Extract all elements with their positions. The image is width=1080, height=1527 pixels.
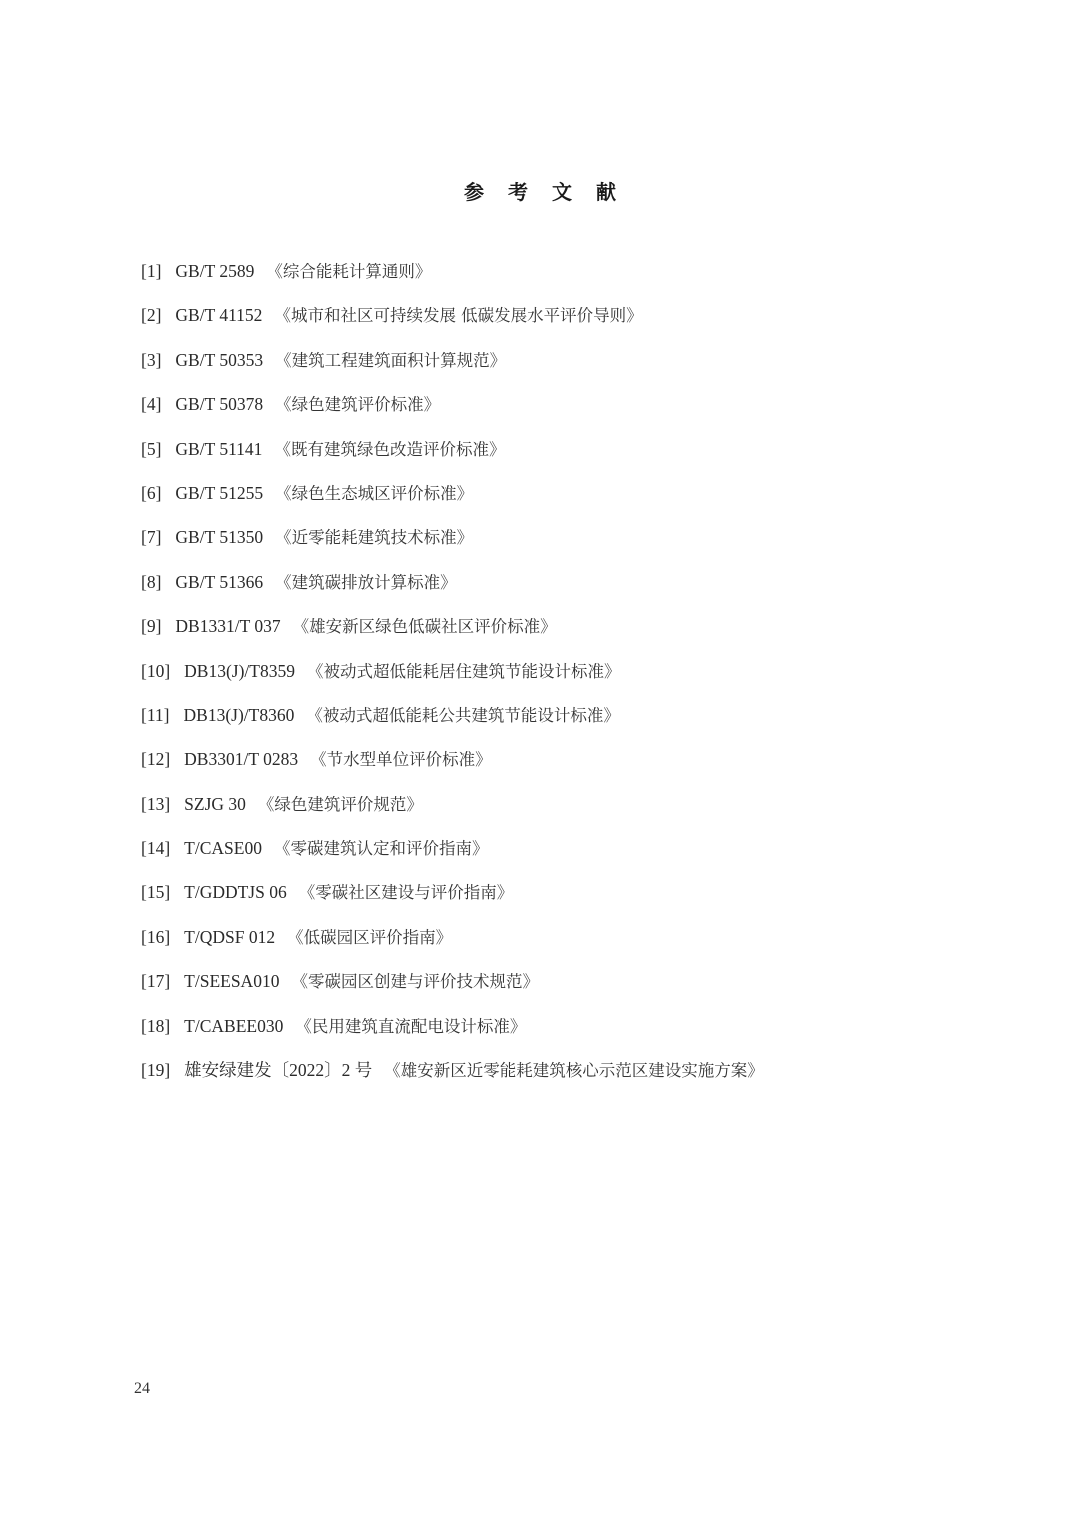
- reference-number: [12]: [141, 744, 170, 774]
- reference-title: 《绿色建筑评价标准》: [275, 390, 440, 420]
- reference-list: [1]GB/T 2589《综合能耗计算通则》 [2]GB/T 41152《城市和…: [141, 256, 764, 1099]
- reference-code: GB/T 51255: [175, 478, 263, 508]
- reference-title: 《被动式超低能耗公共建筑节能设计标准》: [306, 701, 620, 731]
- reference-item: [15]T/GDDTJS 06《零碳社区建设与评价指南》: [141, 877, 764, 921]
- reference-code: T/CABEE030: [184, 1011, 283, 1041]
- reference-title: 《零碳园区创建与评价技术规范》: [291, 967, 539, 997]
- reference-title: 《建筑碳排放计算标准》: [275, 568, 457, 598]
- reference-number: [2]: [141, 300, 161, 330]
- reference-title: 《城市和社区可持续发展 低碳发展水平评价导则》: [274, 301, 642, 331]
- reference-code: SZJG 30: [184, 789, 246, 819]
- reference-code: T/QDSF 012: [184, 922, 275, 952]
- reference-code: GB/T 50378: [175, 389, 263, 419]
- reference-code: T/CASE00: [184, 833, 262, 863]
- reference-title: 《绿色生态城区评价标准》: [275, 479, 473, 509]
- reference-number: [5]: [141, 434, 161, 464]
- reference-item: [8]GB/T 51366《建筑碳排放计算标准》: [141, 567, 764, 611]
- reference-item: [13]SZJG 30《绿色建筑评价规范》: [141, 789, 764, 833]
- reference-code: T/SEESA010: [184, 966, 279, 996]
- reference-code: DB13(J)/T8360: [184, 700, 295, 730]
- reference-number: [17]: [141, 966, 170, 996]
- reference-item: [11]DB13(J)/T8360《被动式超低能耗公共建筑节能设计标准》: [141, 700, 764, 744]
- reference-number: [9]: [141, 611, 161, 641]
- reference-item: [6]GB/T 51255《绿色生态城区评价标准》: [141, 478, 764, 522]
- reference-number: [3]: [141, 345, 161, 375]
- reference-item: [5]GB/T 51141《既有建筑绿色改造评价标准》: [141, 434, 764, 478]
- reference-title: 《雄安新区绿色低碳社区评价标准》: [293, 612, 557, 642]
- reference-title: 《零碳社区建设与评价指南》: [299, 878, 514, 908]
- title-char: 文: [552, 176, 572, 205]
- reference-item: [16]T/QDSF 012《低碳园区评价指南》: [141, 922, 764, 966]
- reference-title: 《被动式超低能耗居住建筑节能设计标准》: [307, 657, 621, 687]
- reference-number: [15]: [141, 877, 170, 907]
- page-number: 24: [134, 1380, 150, 1398]
- title-char: 参: [464, 176, 484, 205]
- reference-number: [10]: [141, 656, 170, 686]
- reference-item: [17]T/SEESA010《零碳园区创建与评价技术规范》: [141, 966, 764, 1010]
- reference-code: T/GDDTJS 06: [184, 877, 287, 907]
- reference-code: DB3301/T 0283: [184, 744, 298, 774]
- reference-item: [3]GB/T 50353《建筑工程建筑面积计算规范》: [141, 345, 764, 389]
- reference-number: [19]: [141, 1055, 170, 1085]
- reference-item: [7]GB/T 51350《近零能耗建筑技术标准》: [141, 522, 764, 566]
- reference-code: DB1331/T 037: [175, 611, 280, 641]
- reference-item: [14]T/CASE00《零碳建筑认定和评价指南》: [141, 833, 764, 877]
- reference-code: GB/T 51141: [175, 434, 262, 464]
- reference-code: DB13(J)/T8359: [184, 656, 295, 686]
- reference-number: [7]: [141, 522, 161, 552]
- reference-number: [8]: [141, 567, 161, 597]
- reference-number: [13]: [141, 789, 170, 819]
- reference-title: 《节水型单位评价标准》: [310, 745, 492, 775]
- reference-number: [11]: [141, 700, 170, 730]
- reference-title: 《近零能耗建筑技术标准》: [275, 523, 473, 553]
- reference-code: GB/T 2589: [175, 256, 254, 286]
- reference-item: [12]DB3301/T 0283《节水型单位评价标准》: [141, 744, 764, 788]
- reference-number: [1]: [141, 256, 161, 286]
- reference-title: 《雄安新区近零能耗建筑核心示范区建设实施方案》: [384, 1056, 764, 1086]
- reference-code: GB/T 50353: [175, 345, 263, 375]
- reference-code: 雄安绿建发〔2022〕2 号: [184, 1055, 372, 1085]
- reference-title: 《既有建筑绿色改造评价标准》: [274, 435, 505, 465]
- reference-item: [4]GB/T 50378《绿色建筑评价标准》: [141, 389, 764, 433]
- reference-item: [18]T/CABEE030《民用建筑直流配电设计标准》: [141, 1011, 764, 1055]
- reference-item: [1]GB/T 2589《综合能耗计算通则》: [141, 256, 764, 300]
- reference-item: [9]DB1331/T 037《雄安新区绿色低碳社区评价标准》: [141, 611, 764, 655]
- reference-title: 《民用建筑直流配电设计标准》: [295, 1012, 526, 1042]
- title-char: 考: [508, 176, 528, 205]
- reference-number: [6]: [141, 478, 161, 508]
- title-char: 献: [596, 176, 616, 205]
- reference-title: 《绿色建筑评价规范》: [258, 790, 423, 820]
- reference-code: GB/T 51366: [175, 567, 263, 597]
- reference-title: 《零碳建筑认定和评价指南》: [274, 834, 489, 864]
- reference-code: GB/T 41152: [175, 300, 262, 330]
- reference-title: 《建筑工程建筑面积计算规范》: [275, 346, 506, 376]
- reference-title: 《低碳园区评价指南》: [287, 923, 452, 953]
- page-title: 参考文献: [0, 176, 1080, 205]
- reference-item: [2]GB/T 41152《城市和社区可持续发展 低碳发展水平评价导则》: [141, 300, 764, 344]
- reference-title: 《综合能耗计算通则》: [266, 257, 431, 287]
- reference-item: [19]雄安绿建发〔2022〕2 号《雄安新区近零能耗建筑核心示范区建设实施方案…: [141, 1055, 764, 1099]
- reference-number: [4]: [141, 389, 161, 419]
- reference-number: [18]: [141, 1011, 170, 1041]
- reference-number: [16]: [141, 922, 170, 952]
- reference-code: GB/T 51350: [175, 522, 263, 552]
- reference-item: [10]DB13(J)/T8359《被动式超低能耗居住建筑节能设计标准》: [141, 656, 764, 700]
- reference-number: [14]: [141, 833, 170, 863]
